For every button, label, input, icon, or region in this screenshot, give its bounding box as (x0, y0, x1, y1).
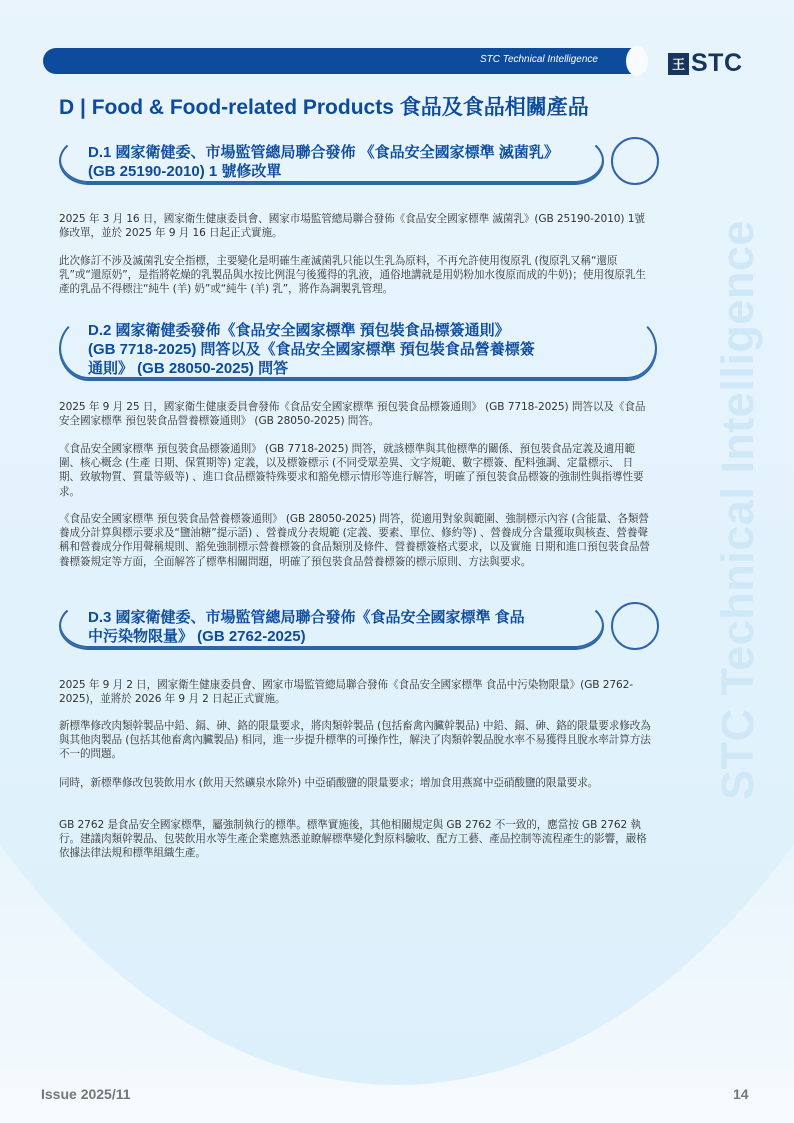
banner-text: STC Technical Intelligence (480, 54, 598, 65)
section-heading-d1: D.1 國家衛健委、市場監管總局聯合發佈 《食品安全國家標準 滅菌乳》 (GB … (59, 137, 604, 185)
page-title: D | Food & Food-related Products 食品及食品相關… (59, 91, 589, 121)
footer-issue: Issue 2025/11 (41, 1086, 131, 1102)
paragraph: GB 2762 是食品安全國家標準，屬強制執行的標準。標準實施後，其他相關規定與… (59, 818, 651, 861)
watermark-text: STC Technical Intelligence (712, 220, 764, 800)
section-circle-icon (611, 137, 659, 185)
paragraph: 《食品安全國家標準 預包裝食品標簽通則》 (GB 7718-2025) 問答，就… (59, 442, 651, 499)
paragraph: 2025 年 3 月 16 日，國家衛生健康委員會、國家市場監管總局聯合發佈《食… (59, 212, 651, 240)
section-heading-d3: D.3 國家衛健委、市場監管總局聯合發佈《食品安全國家標準 食品 中污染物限量》… (59, 602, 604, 650)
section-circle-icon (611, 602, 659, 650)
section-title-line: D.3 國家衛健委、市場監管總局聯合發佈《食品安全國家標準 食品 (88, 608, 525, 627)
page-number: 14 (733, 1086, 749, 1102)
section-title-line: 通則》 (GB 28050-2025) 問答 (88, 359, 535, 378)
paragraph: 2025 年 9 月 25 日，國家衛生健康委員會發佈《食品安全國家標準 預包裝… (59, 400, 651, 428)
paragraph: 新標準修改肉類幹製品中鉛、鎘、砷、鉻的限量要求，將肉類幹製品 (包括畜禽內臟幹製… (59, 719, 651, 762)
section-title-line: D.2 國家衛健委發佈《食品安全國家標準 預包裝食品標簽通則》 (88, 321, 535, 340)
section-title-line: (GB 25190-2010) 1 號修改單 (88, 162, 559, 181)
section-title-line: D.1 國家衛健委、市場監管總局聯合發佈 《食品安全國家標準 滅菌乳》 (88, 143, 559, 162)
paragraph: 《食品安全國家標準 預包裝食品營養標簽通則》 (GB 28050-2025) 問… (59, 512, 651, 569)
header-banner: STC Technical Intelligence (43, 48, 640, 74)
banner-notch (626, 46, 648, 76)
paragraph: 2025 年 9 月 2 日，國家衛生健康委員會、國家市場監管總局聯合發佈《食品… (59, 678, 651, 706)
paragraph: 此次修訂不涉及滅菌乳安全指標，主要變化是明確生產滅菌乳只能以生乳為原料，不再允許… (59, 254, 651, 297)
paragraph: 同時，新標準修改包裝飲用水 (飲用天然礦泉水除外) 中亞硝酸鹽的限量要求；增加食… (59, 776, 651, 790)
logo-mark-icon: 王 (668, 53, 689, 75)
logo-text: STC (691, 49, 743, 78)
section-title-line: 中污染物限量》 (GB 2762-2025) (88, 627, 525, 646)
stc-logo: 王 STC (668, 49, 743, 78)
section-title-line: (GB 7718-2025) 問答以及《食品安全國家標準 預包裝食品營養標簽 (88, 340, 535, 359)
section-heading-d2: D.2 國家衛健委發佈《食品安全國家標準 預包裝食品標簽通則》 (GB 7718… (59, 317, 657, 381)
